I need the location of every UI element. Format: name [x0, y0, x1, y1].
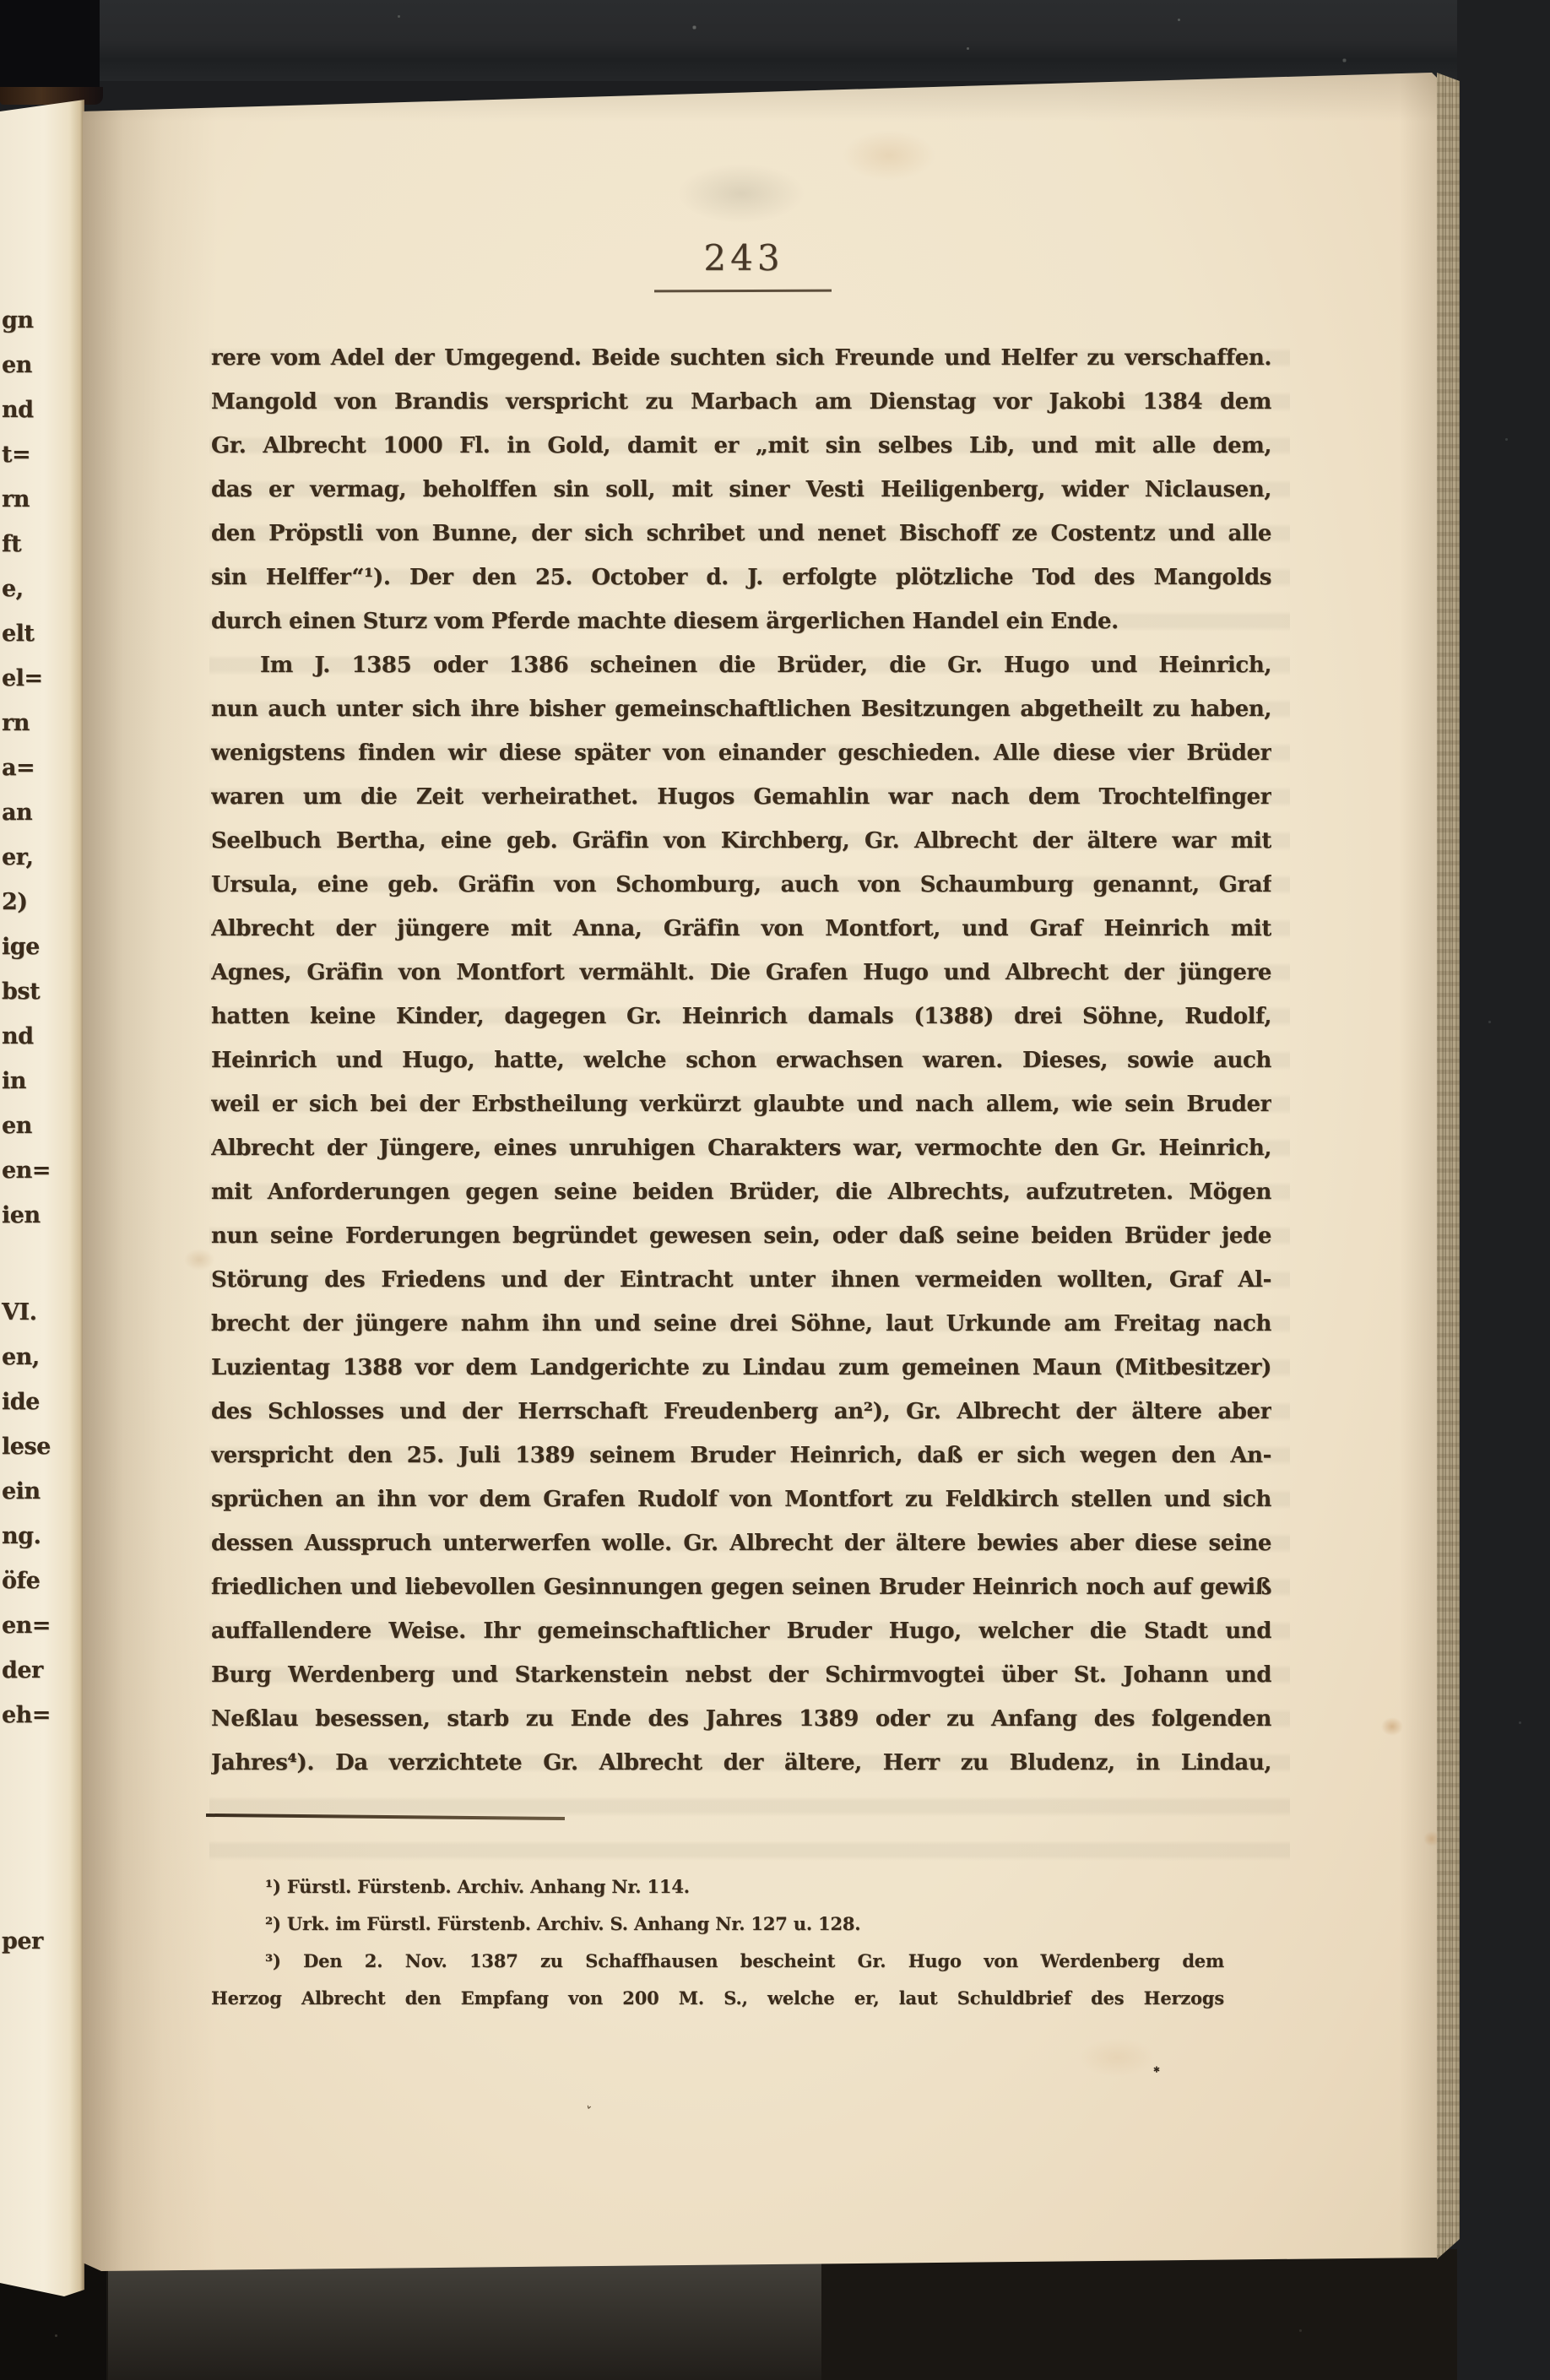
margin-text-fragment: per	[2, 1929, 43, 1954]
margin-text-fragment: a=	[2, 756, 35, 781]
margin-text-fragment: en	[2, 1114, 32, 1139]
margin-text-fragment: lese	[2, 1434, 51, 1460]
footnote-line: ²) Urk. im Fürstl. Fürstenb. Archiv. S. …	[211, 1906, 1224, 1943]
margin-text-fragment: el=	[2, 666, 43, 691]
gutter-shadow	[83, 71, 218, 2271]
margin-text-fragment: ien	[2, 1203, 41, 1228]
margin-text-fragment: er,	[2, 845, 33, 870]
dust-specks	[0, 0, 1, 1]
facing-page-edge: gnenndt=rnfte,eltel=rna=aner,2)igebstndi…	[0, 98, 84, 2296]
margin-text-fragment: ng.	[2, 1524, 41, 1549]
text-line: Agnes, Gräfin von Montfort vermählt. Die…	[211, 951, 1271, 995]
text-line: Ursula, eine geb. Gräfin von Schomburg, …	[211, 863, 1271, 907]
margin-text-fragment: e,	[2, 577, 24, 602]
text-line: des Schlosses und der Herrschaft Freuden…	[211, 1390, 1271, 1434]
margin-text-fragment: en=	[2, 1613, 51, 1639]
margin-text-fragment: en	[2, 353, 32, 378]
margin-text-fragment: öfe	[2, 1569, 40, 1594]
book-spine-edge	[0, 87, 103, 105]
margin-text-fragment: eh=	[2, 1703, 51, 1728]
text-line: das er vermag, beholffen sin soll, mit s…	[211, 468, 1271, 512]
text-line: dessen Ausspruch unterwerfen wolle. Gr. …	[211, 1521, 1271, 1565]
margin-text-fragment: en=	[2, 1158, 51, 1184]
text-line: Burg Werdenberg und Starkenstein nebst d…	[211, 1653, 1271, 1697]
book-spine	[0, 0, 100, 91]
text-line: nun auch unter sich ihre bisher gemeinsc…	[211, 687, 1271, 731]
book-bottom-shadow	[108, 2254, 821, 2380]
text-line: auffallendere Weise. Ihr gemeinschaftlic…	[211, 1609, 1271, 1653]
body-text: rere vom Adel der Umgegend. Beide suchte…	[211, 336, 1271, 1785]
text-line: Im J. 1385 oder 1386 scheinen die Brüder…	[211, 643, 1271, 687]
text-line: mit Anforderungen gegen seine beiden Brü…	[211, 1170, 1271, 1214]
footnotes: ¹) Fürstl. Fürstenb. Archiv. Anhang Nr. …	[211, 1868, 1224, 2017]
text-line: Heinrich und Hugo, hatte, welche schon e…	[211, 1038, 1271, 1082]
text-line: rere vom Adel der Umgegend. Beide suchte…	[211, 336, 1271, 380]
text-line: wenigstens finden wir diese später von e…	[211, 731, 1271, 775]
margin-text-fragment: gn	[2, 308, 34, 333]
margin-text-fragment: nd	[2, 1024, 34, 1049]
text-line: durch einen Sturz vom Pferde machte dies…	[211, 599, 1271, 643]
foxing-spot	[843, 130, 935, 181]
text-line: nun seine Forderungen begründet gewesen …	[211, 1214, 1271, 1258]
text-line: hatten keine Kinder, dagegen Gr. Heinric…	[211, 995, 1271, 1038]
margin-text-fragment: t=	[2, 442, 30, 468]
margin-text-fragment: ige	[2, 935, 40, 960]
book-page: 243 rere vom Adel der Umgegend. Beide su…	[83, 71, 1439, 2271]
margin-text-fragment: der	[2, 1658, 43, 1683]
margin-text-fragment: in	[2, 1069, 26, 1094]
margin-text-fragment: ide	[2, 1390, 40, 1415]
text-line: Störung des Friedens und der Eintracht u…	[211, 1258, 1271, 1302]
page-edge-stack	[1437, 73, 1460, 2259]
foxing-spot	[1381, 1717, 1403, 1736]
background-right	[1457, 0, 1550, 2380]
ink-speck: ﹡	[1148, 2057, 1165, 2081]
text-line: Mangold von Brandis verspricht zu Marbac…	[211, 380, 1271, 424]
text-line: weil er sich bei der Erbstheilung verkür…	[211, 1082, 1271, 1126]
foxing-spot	[1079, 2038, 1155, 2077]
foxing-spot	[184, 1249, 214, 1271]
margin-text-fragment: bst	[2, 979, 40, 1005]
margin-text-fragment: 2)	[2, 890, 28, 915]
margin-text-fragment: nd	[2, 398, 34, 423]
margin-text-fragment: an	[2, 800, 32, 826]
ink-speck: ˬ	[586, 2095, 596, 2109]
margin-text-fragment: ein	[2, 1479, 41, 1504]
page-number-rule	[654, 290, 832, 293]
text-line: sin Helffer“¹). Der den 25. October d. J…	[211, 556, 1271, 599]
text-line: waren um die Zeit verheirathet. Hugos Ge…	[211, 775, 1271, 819]
text-line: Gr. Albrecht 1000 Fl. in Gold, damit er …	[211, 424, 1271, 468]
scanned-book-photo: gnenndt=rnfte,eltel=rna=aner,2)igebstndi…	[0, 0, 1550, 2380]
text-line: den Pröpstli von Bunne, der sich schribe…	[211, 512, 1271, 556]
margin-text-fragment: rn	[2, 711, 30, 736]
footnote-line: ¹) Fürstl. Fürstenb. Archiv. Anhang Nr. …	[211, 1868, 1224, 1906]
margin-text-fragment: en,	[2, 1345, 40, 1370]
margin-text-fragment: VI.	[2, 1300, 36, 1326]
text-line: friedlichen und liebevollen Gesinnungen …	[211, 1565, 1271, 1609]
text-line: Albrecht der Jüngere, eines unruhigen Ch…	[211, 1126, 1271, 1170]
text-line: brecht der jüngere nahm ihn und seine dr…	[211, 1302, 1271, 1346]
text-line: Luzientag 1388 vor dem Landgerichte zu L…	[211, 1346, 1271, 1390]
text-line: Seelbuch Bertha, eine geb. Gräfin von Ki…	[211, 819, 1271, 863]
footnote-line: Herzog Albrecht den Empfang von 200 M. S…	[211, 1980, 1224, 2017]
margin-text-fragment: elt	[2, 621, 34, 647]
text-line: verspricht den 25. Juli 1389 seinem Brud…	[211, 1434, 1271, 1477]
margin-text-fragment: ft	[2, 532, 21, 557]
footnote-line: ³) Den 2. Nov. 1387 zu Schaffhausen besc…	[211, 1943, 1224, 1980]
text-line: Jahres⁴). Da verzichtete Gr. Albrecht de…	[211, 1741, 1271, 1785]
page-number: 243	[575, 238, 913, 279]
text-line: Neßlau besessen, starb zu Ende des Jahre…	[211, 1697, 1271, 1741]
margin-text-fragment: rn	[2, 487, 30, 512]
background-top-band	[0, 0, 1550, 81]
text-line: Albrecht der jüngere mit Anna, Gräfin vo…	[211, 907, 1271, 951]
text-line: sprüchen an ihn vor dem Grafen Rudolf vo…	[211, 1477, 1271, 1521]
show-through-smudge	[678, 164, 805, 223]
right-edge-shadow	[1400, 71, 1439, 2271]
